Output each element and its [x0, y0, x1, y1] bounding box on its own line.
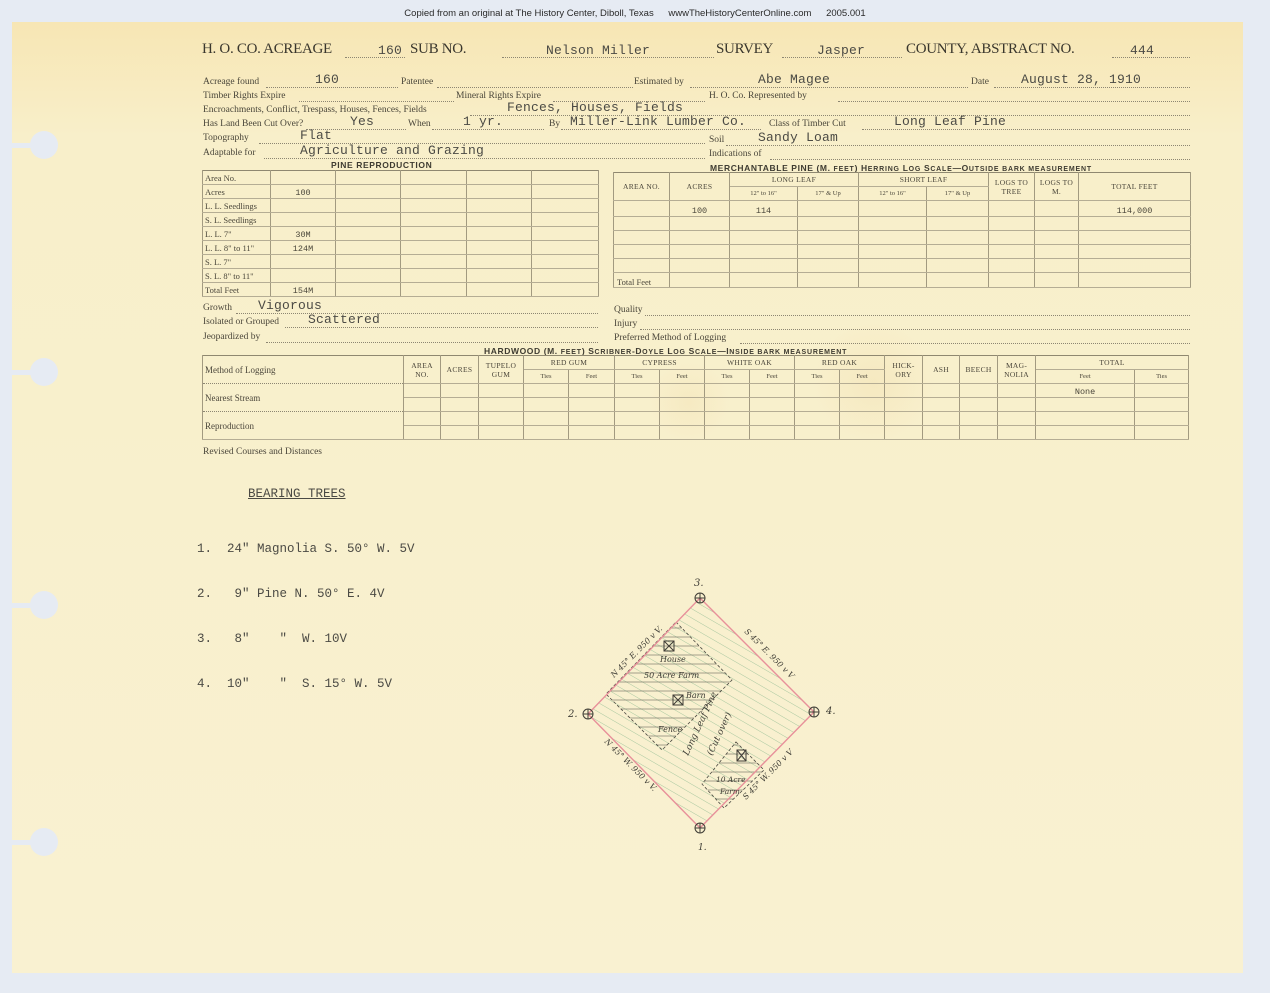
empty-cell [336, 227, 401, 241]
merchantable-pine-table: AREA NO. ACRES LONG LEAF SHORT LEAF LOGS… [613, 172, 1191, 288]
row-label: Total Feet [203, 283, 271, 297]
hardwood-table: Method of Logging AREA NO. ACRES TUPELO … [202, 355, 1189, 440]
growth-value: Vigorous [258, 298, 322, 313]
represented-by-label: H. O. Co. Represented by [709, 91, 807, 101]
col-area-no: AREA NO. [614, 173, 670, 201]
acreage-value: 160 [378, 43, 402, 58]
row-label: Acres [203, 185, 271, 199]
growth-label: Growth [203, 303, 232, 313]
by-value: Miller-Link Lumber Co. [570, 114, 746, 129]
soil-value: Sandy Loam [758, 130, 838, 145]
archive-caption: Copied from an original at The History C… [0, 8, 1270, 19]
table-row: Nearest Stream None [203, 384, 1189, 398]
empty-cell [467, 255, 532, 269]
col-short-leaf: SHORT LEAF [859, 173, 989, 187]
table-row: L. L. 8" to 11"124M [203, 241, 599, 255]
empty-cell [532, 185, 599, 199]
red-gum-feet: Feet [569, 370, 615, 384]
total-ties: Ties [1135, 370, 1189, 384]
corner-3-label: 3. [694, 578, 704, 589]
pine-reproduction-table: Area No.Acres100L. L. SeedlingsS. L. See… [202, 170, 599, 297]
abstract-no-value: 444 [1130, 43, 1154, 58]
row-label: L. L. 7" [203, 227, 271, 241]
col-cypress: CYPRESS [615, 356, 705, 370]
empty-cell [401, 255, 467, 269]
row-value: 100 [271, 185, 336, 199]
injury-label: Injury [614, 319, 637, 329]
list-item: 4. 10" " S. 15° W. 5V [197, 677, 415, 692]
sub-no-label: SUB NO. [410, 41, 466, 58]
col-total: TOTAL [1036, 356, 1189, 370]
empty-cell [532, 255, 599, 269]
table-row: Total Feet154M [203, 283, 599, 297]
empty-cell [336, 171, 401, 185]
col-logs-to-tree: LOGS TO TREE [989, 173, 1035, 201]
empty-cell [336, 255, 401, 269]
estimated-by-label: Estimated by [634, 77, 684, 87]
col-hw-acres: ACRES [441, 356, 479, 384]
empty-cell [532, 269, 599, 283]
corner-1-label: 1. [698, 843, 707, 853]
col-hickory: HICK- ORY [885, 356, 923, 384]
row-label: L. L. Seedlings [203, 199, 271, 213]
row-value [271, 213, 336, 227]
col-white-oak: WHITE OAK [705, 356, 795, 370]
class-of-timber-label: Class of Timber Cut [769, 119, 846, 129]
row-value [271, 269, 336, 283]
isolated-label: Isolated or Grouped [203, 317, 279, 327]
empty-cell [532, 241, 599, 255]
indications-label: Indications of [709, 149, 762, 159]
red-oak-feet: Feet [840, 370, 885, 384]
date-label: Date [971, 77, 989, 87]
jeopardized-label: Jeopardized by [203, 332, 260, 342]
cypress-feet: Feet [660, 370, 705, 384]
barn-label: Barn [685, 691, 706, 700]
empty-cell [401, 283, 467, 297]
when-value: 1 yr. [463, 114, 503, 129]
empty-cell [336, 283, 401, 297]
punch-slot [12, 370, 34, 375]
empty-cell [401, 213, 467, 227]
empty-cell [336, 213, 401, 227]
total-feet-label: Total Feet [614, 273, 670, 288]
survey-label: SURVEY [716, 41, 773, 58]
row-label: L. L. 8" to 11" [203, 241, 271, 255]
empty-cell [467, 227, 532, 241]
revised-courses-label: Revised Courses and Distances [203, 447, 322, 457]
nearest-stream-label: Nearest Stream [203, 384, 404, 412]
table-row: L. L. 7"30M [203, 227, 599, 241]
red-gum-ties: Ties [524, 370, 569, 384]
col-magnolia: MAG- NOLIA [998, 356, 1036, 384]
table-row: L. L. Seedlings [203, 199, 599, 213]
punch-hole [30, 828, 58, 856]
empty-cell [532, 227, 599, 241]
table-row: Area No. [203, 171, 599, 185]
row1-total-feet: 114,000 [1079, 201, 1191, 217]
empty-cell [401, 185, 467, 199]
list-item: 1. 24" Magnolia S. 50° W. 5V [197, 542, 415, 557]
ten-acre-label: 10 Acre [716, 775, 746, 784]
table-row: S. L. 7" [203, 255, 599, 269]
county-value: Jasper [817, 43, 865, 58]
topography-label: Topography [203, 133, 249, 143]
list-item: 2. 9" Pine N. 50° E. 4V [197, 587, 415, 602]
empty-cell [532, 171, 599, 185]
empty-cell [336, 269, 401, 283]
col-long-leaf: LONG LEAF [730, 173, 859, 187]
punch-slot [12, 603, 34, 608]
encroachments-label: Encroachments, Conflict, Trespass, House… [203, 105, 427, 115]
cut-over-label: Has Land Been Cut Over? [203, 119, 303, 129]
caption-id: 2005.001 [826, 8, 866, 19]
corner-4-label: 4. [825, 706, 836, 717]
encroachments-value: Fences, Houses, Fields [507, 100, 683, 115]
by-label: By [549, 119, 560, 129]
list-item: 3. 8" " W. 10V [197, 632, 415, 647]
empty-cell [467, 283, 532, 297]
red-oak-ties: Ties [795, 370, 840, 384]
empty-cell [336, 185, 401, 199]
punch-hole [30, 591, 58, 619]
row-label: S. L. Seedlings [203, 213, 271, 227]
col-acres: ACRES [670, 173, 730, 201]
bearing-trees-list: 1. 24" Magnolia S. 50° W. 5V 2. 9" Pine … [197, 512, 415, 707]
cypress-ties: Ties [615, 370, 660, 384]
row-label: Area No. [203, 171, 271, 185]
empty-cell [401, 171, 467, 185]
date-value: August 28, 1910 [1021, 72, 1141, 87]
preferred-method-label: Preferred Method of Logging [614, 333, 726, 343]
col-tupelo-gum: TUPELO GUM [479, 356, 524, 384]
row-label: S. L. 8" to 11" [203, 269, 271, 283]
farm-label: Farm [719, 787, 740, 796]
pine-reproduction-title: PINE REPRODUCTION [331, 160, 432, 170]
col-ll-17-up: 17" & Up [798, 187, 859, 201]
empty-cell [336, 199, 401, 213]
total-feet: Feet [1036, 370, 1135, 384]
table-row: S. L. Seedlings [203, 213, 599, 227]
empty-cell [532, 213, 599, 227]
punch-slot [12, 840, 34, 845]
patentee-label: Patentee [401, 77, 433, 87]
row-value: 124M [271, 241, 336, 255]
caption-source: Copied from an original at The History C… [404, 8, 653, 19]
corner-2-label: 2. [567, 709, 578, 720]
col-red-oak: RED OAK [795, 356, 885, 370]
row-value [271, 199, 336, 213]
row1-acres: 100 [670, 201, 730, 217]
caption-website: wwwTheHistoryCenterOnline.com [668, 8, 811, 19]
col-ash: ASH [923, 356, 960, 384]
empty-cell [336, 241, 401, 255]
empty-cell [467, 199, 532, 213]
estimated-by-value: Abe Magee [758, 72, 830, 87]
row-label: S. L. 7" [203, 255, 271, 269]
empty-cell [467, 241, 532, 255]
adaptable-for-label: Adaptable for [203, 148, 256, 158]
empty-cell [532, 283, 599, 297]
fence-label: Fence [657, 725, 682, 734]
fifty-acre-label: 50 Acre Farm [644, 671, 700, 680]
sub-no-value: Nelson Miller [546, 43, 650, 58]
empty-cell [467, 185, 532, 199]
punch-hole [30, 131, 58, 159]
house-label: House [659, 655, 686, 664]
empty-cell [467, 213, 532, 227]
col-ll-12-16: 12" to 16" [730, 187, 798, 201]
empty-cell [401, 241, 467, 255]
empty-cell [401, 269, 467, 283]
plat-sketch: 3. 4. 1. 2. N 45° E. 950 v V. S 45° E. 9… [560, 570, 850, 855]
method-of-logging-label: Method of Logging [203, 356, 404, 384]
quality-label: Quality [614, 305, 643, 315]
county-abstract-label: COUNTY, ABSTRACT NO. [906, 41, 1074, 58]
col-total-feet: TOTAL FEET [1079, 173, 1191, 201]
empty-cell [467, 171, 532, 185]
reproduction-label: Reproduction [203, 412, 404, 440]
table-row: 100 114 114,000 [614, 201, 1191, 217]
timber-rights-label: Timber Rights Expire [203, 91, 286, 101]
punch-hole [30, 358, 58, 386]
col-sl-17-up: 17" & Up [927, 187, 989, 201]
adaptable-for-value: Agriculture and Grazing [300, 143, 484, 158]
col-sl-12-16: 12" to 16" [859, 187, 927, 201]
cut-over-value: Yes [350, 114, 374, 129]
table-row: Acres100 [203, 185, 599, 199]
col-hw-area-no: AREA NO. [404, 356, 441, 384]
topography-value: Flat [300, 128, 332, 143]
hardwood-total-value: None [1036, 384, 1135, 398]
empty-cell [401, 199, 467, 213]
col-beech: BEECH [960, 356, 998, 384]
empty-cell [401, 227, 467, 241]
empty-cell [467, 269, 532, 283]
when-label: When [408, 119, 431, 129]
col-red-gum: RED GUM [524, 356, 615, 370]
white-oak-feet: Feet [750, 370, 795, 384]
acreage-found-value: 160 [315, 72, 339, 87]
acreage-label: H. O. CO. ACREAGE [202, 41, 332, 58]
row-value [271, 171, 336, 185]
punch-slot [12, 143, 34, 148]
row-value: 154M [271, 283, 336, 297]
row-value: 30M [271, 227, 336, 241]
soil-label: Soil [709, 135, 724, 145]
acreage-found-label: Acreage found [203, 77, 259, 87]
class-of-timber-value: Long Leaf Pine [894, 114, 1006, 129]
row1-ll-12-16: 114 [730, 201, 798, 217]
table-row: S. L. 8" to 11" [203, 269, 599, 283]
row-value [271, 255, 336, 269]
bearing-trees-title: BEARING TREES [248, 487, 346, 501]
isolated-value: Scattered [308, 312, 380, 327]
white-oak-ties: Ties [705, 370, 750, 384]
col-logs-to-m: LOGS TO M. [1035, 173, 1079, 201]
empty-cell [532, 199, 599, 213]
